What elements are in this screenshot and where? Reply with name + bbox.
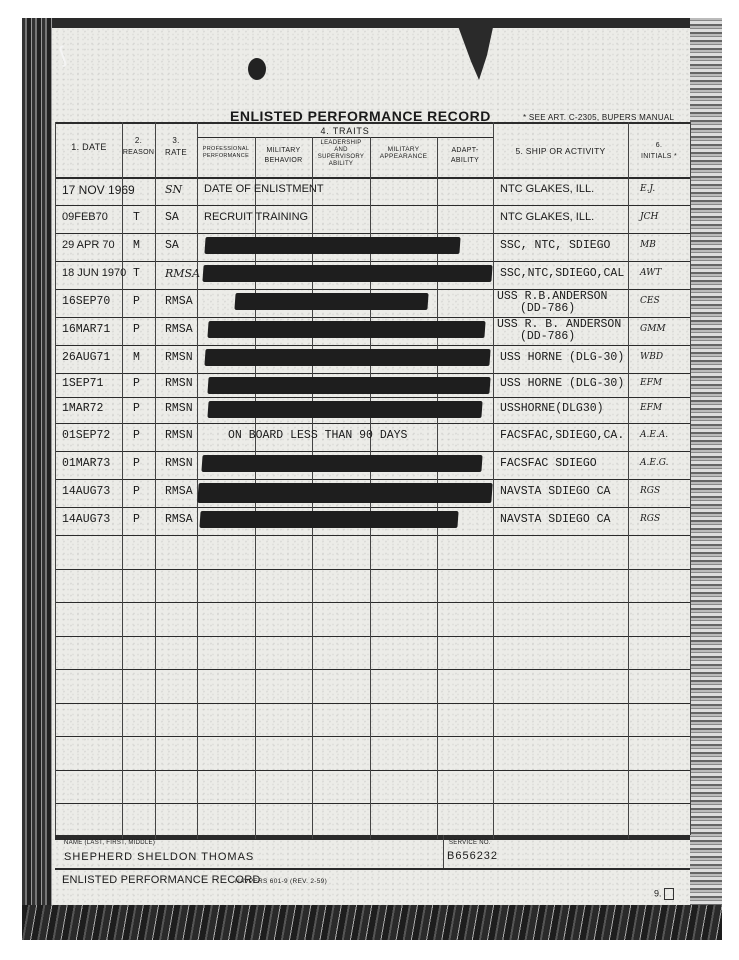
row-rate: RMSN [165, 377, 193, 390]
trait-military-appearance-header: MILITARY APPEARANCE [370, 146, 437, 160]
trait-leadership-header: LEADERSHIP AND SUPERVISORY ABILITY [312, 140, 370, 168]
col-ship-header: 5. SHIP OR ACTIVITY [493, 146, 628, 156]
row-rate: RMSN [165, 402, 193, 415]
col-rate-num: 3. [155, 136, 197, 146]
row-ship-hull: (DD-786) [520, 302, 575, 315]
row-reason: M [133, 351, 140, 364]
row-rate: RMSN [165, 351, 193, 364]
grid-line [55, 423, 690, 424]
col-reason-num: 2. [122, 136, 155, 146]
name-value: SHEPHERD SHELDON THOMAS [64, 851, 254, 863]
row-ship: USS HORNE (DLG-30) [500, 377, 624, 390]
row-reason: T [133, 211, 140, 224]
header-line: MILITARY [255, 146, 312, 156]
grid-line [55, 345, 690, 346]
grid-line [55, 636, 690, 637]
page-mark: 9. [654, 888, 674, 900]
grid-line [443, 835, 444, 868]
row-rate: RMSN [165, 429, 193, 442]
reference-note: * SEE ART. C-2305, BUPERS MANUAL [523, 113, 674, 122]
row-initials: E.J. [640, 184, 655, 194]
row-initials: RGS [640, 514, 660, 524]
col-initials-num: 6. [628, 141, 690, 151]
grid-line [55, 261, 690, 262]
header-line: PERFORMANCE [197, 153, 255, 160]
row-date: 1MAR72 [62, 402, 103, 415]
row-rate: RMSN [165, 457, 193, 470]
col-date-header: 1. DATE [56, 142, 122, 152]
header-line: APPEARANCE [370, 153, 437, 160]
row-ship: USSHORNE(DLG30) [500, 402, 604, 415]
row-date: 16SEP70 [62, 295, 110, 308]
col-rate-header: RATE [155, 148, 197, 158]
redaction-bar [207, 321, 485, 338]
row-reason: P [133, 485, 140, 498]
service-number-label: SERVICE NO. [449, 840, 491, 846]
col-traits-header: 4. TRAITS [197, 126, 493, 136]
row-ship: NTC GLAKES, ILL. [500, 211, 594, 223]
row-reason: P [133, 377, 140, 390]
grid-line [55, 373, 690, 374]
row-date: 14AUG73 [62, 513, 110, 526]
redaction-bar [201, 455, 482, 472]
row-initials: EFM [640, 403, 662, 413]
row-initials: A.E.G. [640, 458, 669, 468]
col-reason-header: REASON [122, 148, 155, 158]
grid-line [493, 122, 494, 839]
grid-line [55, 868, 690, 870]
grid-line [55, 803, 690, 804]
row-date: 1SEP71 [62, 377, 103, 390]
row-date: 16MAR71 [62, 323, 110, 336]
row-ship-hull: (DD-786) [520, 330, 575, 343]
grid-line [55, 122, 690, 124]
row-initials: RGS [640, 486, 660, 496]
redaction-bar [197, 483, 492, 503]
grid-line [55, 736, 690, 737]
service-number-value: B656232 [447, 850, 498, 862]
row-date: 01MAR73 [62, 457, 110, 470]
header-line: ABILITY [437, 156, 493, 166]
grid-line [690, 122, 691, 835]
grid-line [197, 137, 493, 138]
row-traits-note: ON BOARD LESS THAN 90 DAYS [228, 429, 407, 442]
row-ship: NTC GLAKES, ILL. [500, 183, 594, 195]
scan-bottom-edge [22, 905, 722, 940]
grid-line [55, 479, 690, 480]
form-title: ENLISTED PERFORMANCE RECORD [62, 874, 261, 886]
row-reason: P [133, 429, 140, 442]
grid-line [55, 451, 690, 452]
page-number: 9. [654, 888, 662, 898]
grid-line [628, 122, 629, 839]
row-reason: P [133, 323, 140, 336]
redaction-bar [202, 265, 492, 282]
row-date: 29 APR 70 [62, 239, 115, 251]
row-ship: SSC, NTC, SDIEGO [500, 239, 610, 252]
grid-line [55, 770, 690, 771]
row-reason: M [133, 239, 140, 252]
ink-blot [248, 58, 266, 80]
redaction-bar [234, 293, 428, 310]
header-line: MILITARY [370, 146, 437, 153]
grid-line [55, 177, 690, 179]
row-initials: GMM [640, 324, 666, 334]
row-rate: RMSA [165, 267, 200, 280]
grid-line [55, 507, 690, 508]
row-reason: T [133, 267, 140, 280]
redaction-bar [204, 237, 460, 254]
row-reason: P [133, 295, 140, 308]
checkbox-icon [664, 888, 674, 900]
grid-line [155, 122, 156, 839]
header-line: LEADERSHIP [312, 140, 370, 147]
header-line: AND [312, 147, 370, 154]
row-rate: RMSA [165, 323, 193, 336]
trait-military-behavior-header: MILITARY BEHAVIOR [255, 146, 312, 166]
redaction-bar [204, 349, 490, 366]
row-initials: MB [640, 240, 656, 250]
row-date: 26AUG71 [62, 351, 110, 364]
header-line: BEHAVIOR [255, 156, 312, 166]
row-initials: CES [640, 296, 660, 306]
row-date: 14AUG73 [62, 485, 110, 498]
name-label: NAME (LAST, FIRST, MIDDLE) [64, 840, 155, 846]
redaction-bar [199, 511, 458, 528]
row-traits-note: DATE OF ENLISTMENT [204, 183, 324, 195]
grid-line [122, 122, 123, 839]
trait-professional-header: PROFESSIONAL PERFORMANCE [197, 146, 255, 160]
grid-line [55, 569, 690, 570]
row-ship: USS HORNE (DLG-30) [500, 351, 624, 364]
row-ship: SSC,NTC,SDIEGO,CAL [500, 267, 624, 280]
col-initials-header: INITIALS * [628, 152, 690, 162]
grid-line [55, 835, 690, 837]
row-date: 18 JUN 1970 [62, 267, 126, 279]
row-traits-note: RECRUIT TRAINING [204, 211, 308, 223]
row-date: 09FEB70 [62, 211, 108, 223]
row-rate: RMSA [165, 295, 193, 308]
redaction-bar [207, 377, 490, 394]
row-rate: SN [165, 183, 182, 196]
grid-line [55, 233, 690, 234]
form-number: NAVPERS 601-9 (REV. 2-59) [235, 878, 327, 885]
row-ship: NAVSTA SDIEGO CA [500, 485, 610, 498]
grid-line [55, 122, 56, 835]
header-line: ABILITY [312, 161, 370, 168]
header-line: PROFESSIONAL [197, 146, 255, 153]
row-initials: JCH [640, 212, 658, 222]
header-line: ADAPT- [437, 146, 493, 156]
scan-left-edge [22, 18, 52, 940]
grid-line [55, 669, 690, 670]
row-initials: A.E.A. [640, 430, 668, 440]
grid-line [55, 397, 690, 398]
grid-line [197, 122, 198, 839]
row-reason: P [133, 402, 140, 415]
row-ship: FACSFAC SDIEGO [500, 457, 597, 470]
scan-right-edge [690, 18, 722, 940]
grid-line [55, 535, 690, 536]
grid-line [55, 602, 690, 603]
row-rate: SA [165, 239, 179, 252]
row-initials: AWT [640, 268, 661, 278]
row-date: 01SEP72 [62, 429, 110, 442]
row-reason: P [133, 513, 140, 526]
row-rate: RMSA [165, 485, 193, 498]
row-ship: NAVSTA SDIEGO CA [500, 513, 610, 526]
grid-line [55, 205, 690, 206]
row-rate: RMSA [165, 513, 193, 526]
grid-line [55, 703, 690, 704]
row-ship: FACSFAC,SDIEGO,CA. [500, 429, 624, 442]
row-initials: EFM [640, 378, 662, 388]
trait-adaptability-header: ADAPT- ABILITY [437, 146, 493, 166]
header-line: SUPERVISORY [312, 154, 370, 161]
row-rate: SA [165, 211, 179, 224]
row-reason: P [133, 457, 140, 470]
redaction-bar [207, 401, 482, 418]
row-date: 17 NOV 1969 [62, 183, 135, 197]
row-initials: WBD [640, 352, 663, 362]
